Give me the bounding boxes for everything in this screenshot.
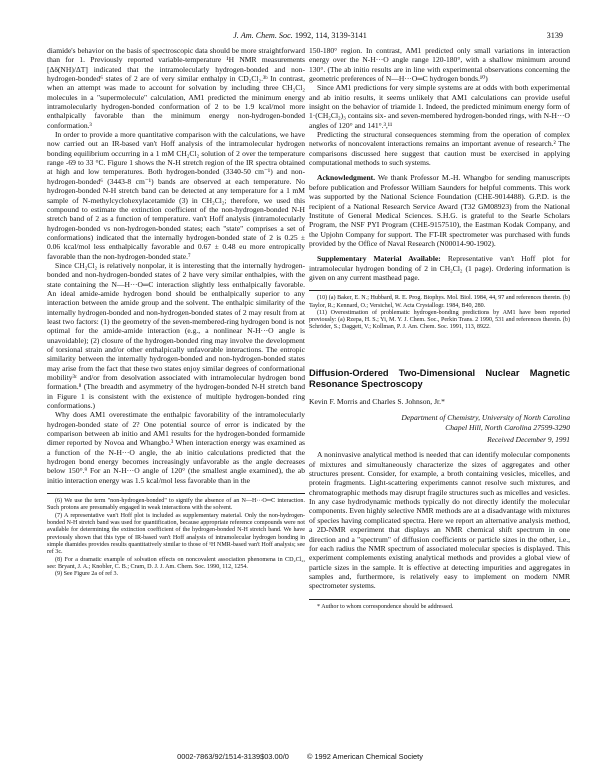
article-abstract: A noninvasive analytical method is neede… bbox=[309, 450, 570, 590]
footnote: (10) (a) Baker, E. N.; Hubbard, R. E. Pr… bbox=[309, 295, 570, 310]
body-paragraph: In order to provide a more quantitative … bbox=[47, 130, 305, 261]
page-footer: 0002-7863/92/1514-3139$03.00/0 © 1992 Am… bbox=[0, 752, 600, 761]
affiliation-line1: Department of Chemistry, University of N… bbox=[401, 413, 570, 422]
body-paragraph: diamide's behavior on the basis of spect… bbox=[47, 46, 305, 130]
supplementary-heading: Supplementary Material Available: bbox=[317, 254, 441, 263]
footnote: (9) See Figure 2a of ref 3. bbox=[47, 571, 305, 578]
affiliation-line2: Chapel Hill, North Carolina 27599-3290 bbox=[445, 423, 570, 432]
article-affiliation: Department of Chemistry, University of N… bbox=[309, 413, 570, 432]
left-column: diamide's behavior on the basis of spect… bbox=[47, 46, 305, 578]
acknowledgment-heading: Acknowledgment. bbox=[317, 173, 375, 182]
body-paragraph: Since AM1 predictions for very simple sy… bbox=[309, 83, 570, 130]
article-code: 0002-7863/92/1514-3139$03.00/0 bbox=[177, 752, 289, 761]
right-column: 150-180° region. In contrast, AM1 predic… bbox=[309, 46, 570, 611]
page-number: 3139 bbox=[547, 31, 563, 40]
correspondence-footnote: * Author to whom correspondence should b… bbox=[309, 604, 570, 611]
footnote: (8) For a dramatic example of solvation … bbox=[47, 557, 305, 572]
footnote-divider bbox=[309, 599, 570, 600]
copyright: © 1992 American Chemical Society bbox=[307, 752, 423, 761]
acknowledgment: Acknowledgment. We thank Professor M.-H.… bbox=[309, 173, 570, 248]
body-paragraph: Why does AM1 overestimate the enthalpic … bbox=[47, 410, 305, 485]
article-authors: Kevin F. Morris and Charles S. Johnson, … bbox=[309, 397, 570, 406]
supplementary-material: Supplementary Material Available: Repres… bbox=[309, 254, 570, 282]
running-head: J. Am. Chem. Soc. 1992, 114, 3139-3141 3… bbox=[0, 31, 600, 43]
body-paragraph: Since CH₂Cl₂ is relatively nonpolar, it … bbox=[47, 261, 305, 411]
acknowledgment-text: We thank Professor M.-H. Whangbo for sen… bbox=[309, 173, 570, 247]
article-title: Diffusion-Ordered Two-Dimensional Nuclea… bbox=[309, 368, 570, 390]
body-paragraph: Predicting the structural consequences s… bbox=[309, 130, 570, 167]
body-paragraph: 150-180° region. In contrast, AM1 predic… bbox=[309, 46, 570, 83]
received-date: Received December 9, 1991 bbox=[309, 435, 570, 444]
footnote-divider bbox=[47, 493, 305, 494]
journal-volume-pages: 1992, 114, 3139-3141 bbox=[295, 31, 367, 40]
footnote: (11) Overestimation of problematic hydro… bbox=[309, 310, 570, 332]
footnote-divider bbox=[309, 290, 570, 291]
journal-citation: J. Am. Chem. Soc. 1992, 114, 3139-3141 bbox=[0, 31, 600, 40]
footnote: (7) A representative van't Hoff plot is … bbox=[47, 513, 305, 557]
journal-name: J. Am. Chem. Soc. bbox=[233, 31, 293, 40]
footnote: (6) We use the term "non-hydrogen-bonded… bbox=[47, 498, 305, 513]
